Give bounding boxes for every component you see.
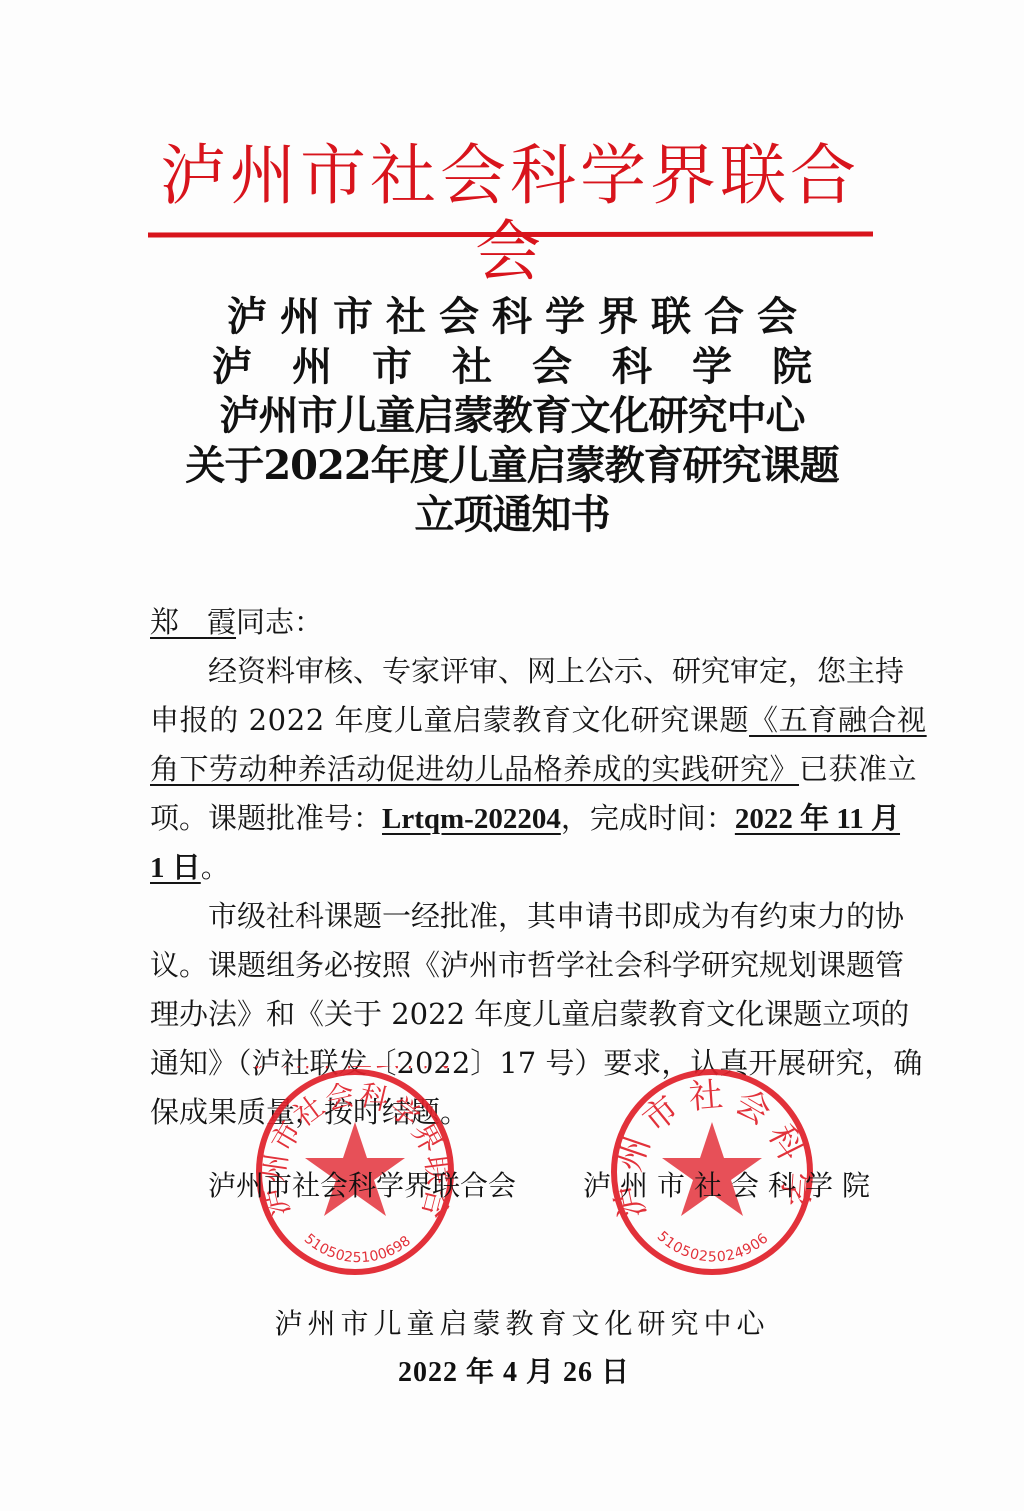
paragraph-2-line-3: 理办法》和《关于 2022 年度儿童启蒙教育文化课题立项的 [150,990,880,1039]
p1-line4-text: 项。课题批准号： [150,801,382,835]
recipient-given-name: 霞 [207,605,236,639]
paragraph-1-line-2: 申报的 2022 年度儿童启蒙教育文化研究课题《五育融合视 [150,696,880,745]
paragraph-2-line-2: 议。课题组务必按照《泸州市哲学社会科学研究规划课题管 [150,941,880,990]
paragraph-1-line-5: 1 日。 [150,843,880,892]
salutation: 郑霞同志： [150,598,880,647]
letterhead-title: 泸州市社会科学界联合会 [140,138,880,290]
title-line-3: 泸州市儿童启蒙教育文化研究中心 [150,391,874,441]
letterhead-red-rule [148,231,873,237]
signature-row: 泸州市社会科学界联合会 泸州市社会科学院 [0,1164,1024,1210]
salutation-suffix: 同志： [236,605,323,639]
paragraph-1-line-4: 项。课题批准号：Lrtqm-202204，完成时间：2022 年 11 月 [150,794,880,843]
completion-date-part-1: 2022 年 11 月 [735,803,900,835]
recipient-surname: 郑 [150,605,207,639]
footer-date: 2022 年 4 月 26 日 [0,1350,1024,1390]
project-title-part-1: 《五育融合视 [749,703,927,737]
paragraph-1-line-3: 角下劳动种养活动促进幼儿品格养成的实践研究》已获准立 [150,745,880,794]
paragraph-1-line-1: 经资料审核、专家评审、网上公示、研究审定，您主持 [150,647,880,696]
footer-organization: 泸州市儿童启蒙教育文化研究中心 [0,1302,1024,1342]
signature-right: 泸州市社会科学院 [583,1164,879,1204]
recipient-name: 郑霞 [150,605,236,639]
project-title-part-2: 角下劳动种养活动促进幼儿品格养成的实践研究》 [150,752,799,786]
completion-date-part-2: 1 日 [150,852,201,884]
seal-left-arc-text: 泸州市社会科学界联合会 [252,1066,458,1074]
p1-line4-mid: ，完成时间： [561,801,735,835]
title-line-1: 泸州市社会科学界联合会 [150,292,874,342]
document-body: 郑霞同志： 经资料审核、专家评审、网上公示、研究审定，您主持 申报的 2022 … [150,598,880,1137]
paragraph-2-line-1: 市级社科课题一经批准，其申请书即成为有约束力的协 [150,892,880,941]
approval-number: Lrtqm-202204 [382,803,561,835]
signature-left: 泸州市社会科学界联合会 [208,1164,516,1204]
notice-document: 泸州市社会科学界联合会 泸州市社会科学界联合会 泸州市社会科学院 泸州市儿童启蒙… [0,0,1024,1511]
p1-line5-text: 。 [201,850,230,884]
title-line-2: 泸州市社会科学院 [150,342,874,392]
title-line-4: 关于2022年度儿童启蒙教育研究课题 [150,441,874,491]
p1-line3-text: 已获准立 [799,752,917,786]
p1-line2-text: 申报的 2022 年度儿童启蒙教育文化研究课题 [150,703,749,737]
document-title: 泸州市社会科学界联合会 泸州市社会科学院 泸州市儿童启蒙教育文化研究中心 关于2… [150,292,874,540]
title-line-5: 立项通知书 [150,490,874,540]
